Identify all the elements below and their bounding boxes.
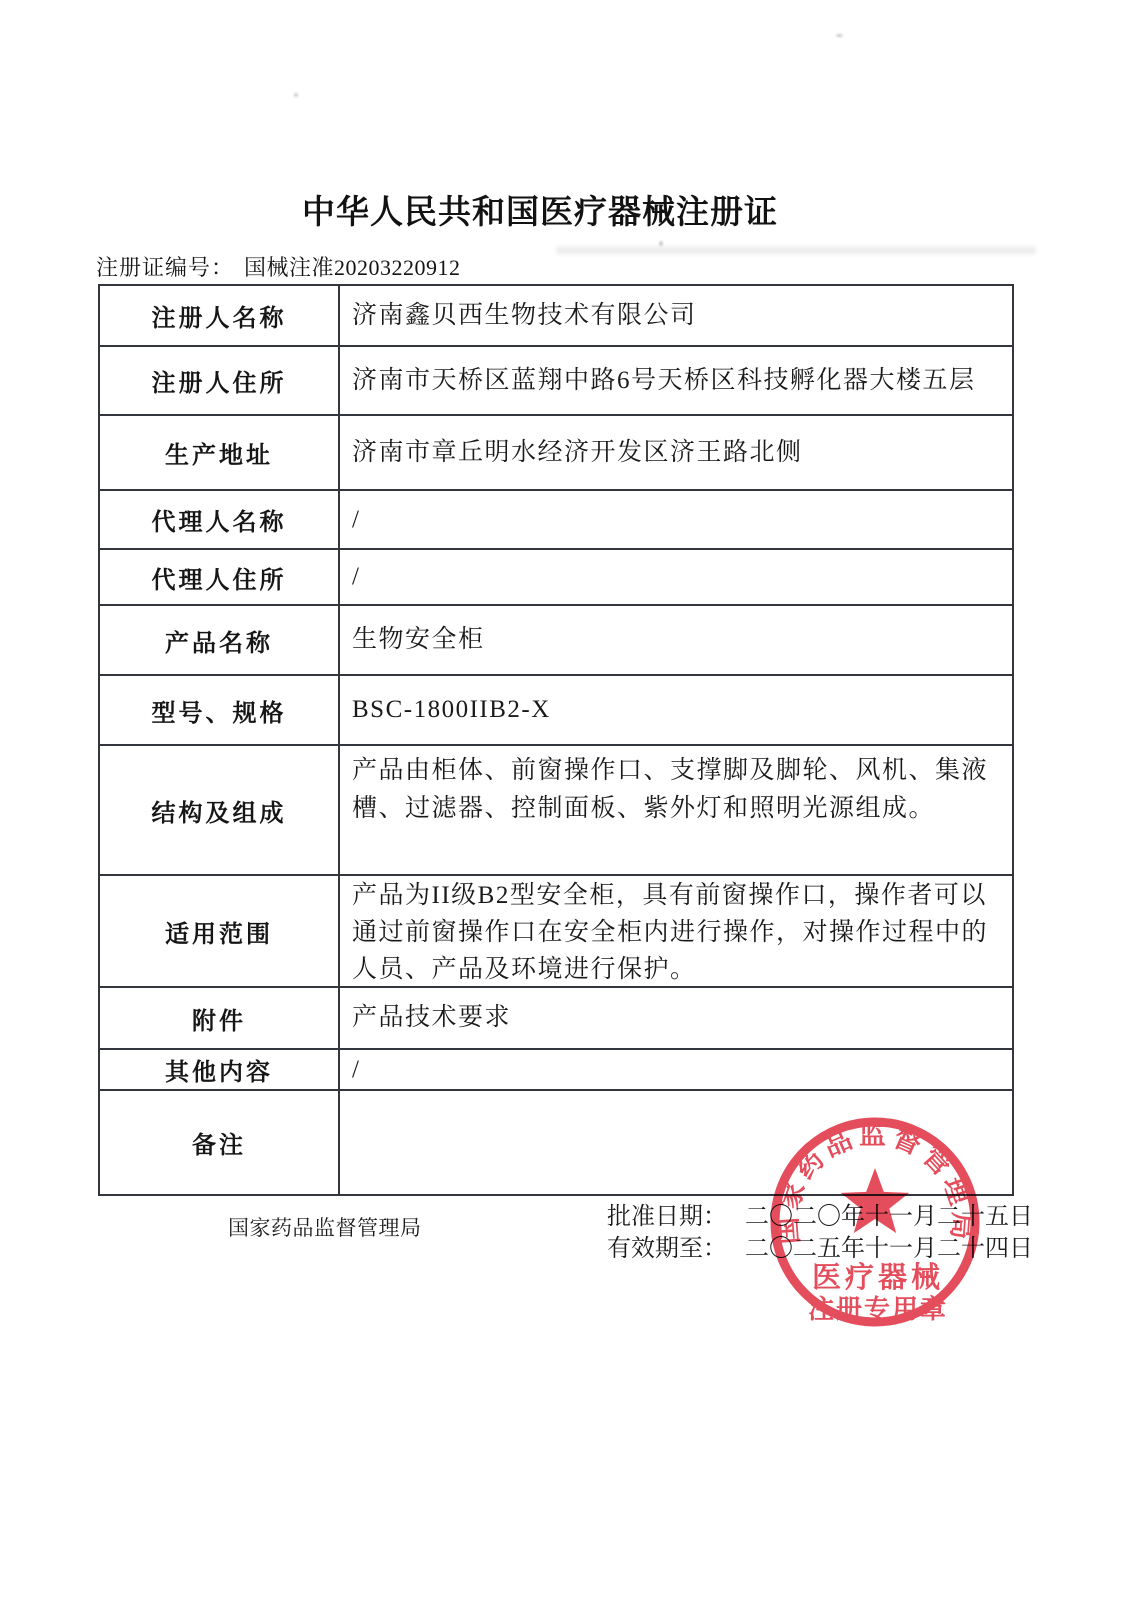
table-row: 注册人住所济南市天桥区蓝翔中路6号天桥区科技孵化器大楼五层 — [100, 345, 1012, 414]
row-value: 产品技术要求 — [340, 988, 1012, 1048]
row-value: / — [340, 1050, 1012, 1089]
row-label: 其他内容 — [100, 1050, 340, 1089]
table-row: 型号、规格BSC-1800IIB2-X — [100, 674, 1012, 744]
expiry-date-label: 有效期至： — [607, 1236, 727, 1262]
table-row: 注册人名称济南鑫贝西生物技术有限公司 — [100, 286, 1012, 345]
row-label: 结构及组成 — [100, 746, 340, 874]
scan-speck — [836, 34, 843, 37]
row-label: 注册人住所 — [100, 347, 340, 414]
stamp-star-icon — [841, 1168, 909, 1233]
table-row: 代理人名称/ — [100, 489, 1012, 548]
stamp-line1: 医疗器械 — [812, 1261, 944, 1294]
row-label: 代理人名称 — [100, 491, 340, 548]
scan-smudge — [556, 247, 1036, 254]
approval-date-label: 批准日期： — [607, 1204, 727, 1230]
official-stamp: 国家药品监督管理局 医疗器械 注册专用章 — [745, 1092, 1005, 1352]
row-value: / — [340, 491, 1012, 548]
row-label: 备注 — [100, 1091, 340, 1194]
row-value: 产品由柜体、前窗操作口、支撑脚及脚轮、风机、集液槽、过滤器、控制面板、紫外灯和照… — [340, 746, 1012, 874]
registration-number-value: 国械注准20203220912 — [244, 255, 461, 280]
table-row: 生产地址济南市章丘明水经济开发区济王路北侧 — [100, 414, 1012, 489]
row-label: 附件 — [100, 988, 340, 1048]
table-row: 适用范围产品为II级B2型安全柜，具有前窗操作口，操作者可以通过前窗操作口在安全… — [100, 874, 1012, 986]
scanned-certificate-page: { "document": { "title": "中华人民共和国医疗器械注册证… — [0, 0, 1132, 1600]
table-row: 其他内容/ — [100, 1048, 1012, 1089]
registration-number-label: 注册证编号： — [96, 255, 234, 280]
row-label: 适用范围 — [100, 876, 340, 986]
row-value: 济南鑫贝西生物技术有限公司 — [340, 286, 1012, 345]
row-value: 生物安全柜 — [340, 606, 1012, 674]
row-label: 注册人名称 — [100, 286, 340, 345]
row-label: 生产地址 — [100, 416, 340, 489]
row-label: 产品名称 — [100, 606, 340, 674]
table-row: 结构及组成产品由柜体、前窗操作口、支撑脚及脚轮、风机、集液槽、过滤器、控制面板、… — [100, 744, 1012, 874]
row-value: 济南市章丘明水经济开发区济王路北侧 — [340, 416, 1012, 489]
row-value: BSC-1800IIB2-X — [340, 676, 1012, 744]
table-row: 附件产品技术要求 — [100, 986, 1012, 1048]
table-row: 代理人住所/ — [100, 548, 1012, 604]
issuing-authority: 国家药品监督管理局 — [228, 1212, 422, 1242]
scan-speck — [294, 93, 298, 97]
registration-number-line: 注册证编号：国械注准20203220912 — [96, 251, 461, 282]
stamp-line2: 注册专用章 — [808, 1294, 948, 1324]
row-label: 型号、规格 — [100, 676, 340, 744]
row-value: 济南市天桥区蓝翔中路6号天桥区科技孵化器大楼五层 — [340, 347, 1012, 414]
row-value: 产品为II级B2型安全柜，具有前窗操作口，操作者可以通过前窗操作口在安全柜内进行… — [340, 876, 1012, 986]
scan-speck — [659, 241, 663, 246]
row-label: 代理人住所 — [100, 550, 340, 604]
certificate-title: 中华人民共和国医疗器械注册证 — [0, 186, 1080, 233]
table-row: 产品名称生物安全柜 — [100, 604, 1012, 674]
cert-table: 注册人名称济南鑫贝西生物技术有限公司注册人住所济南市天桥区蓝翔中路6号天桥区科技… — [98, 284, 1014, 1196]
row-value: / — [340, 550, 1012, 604]
